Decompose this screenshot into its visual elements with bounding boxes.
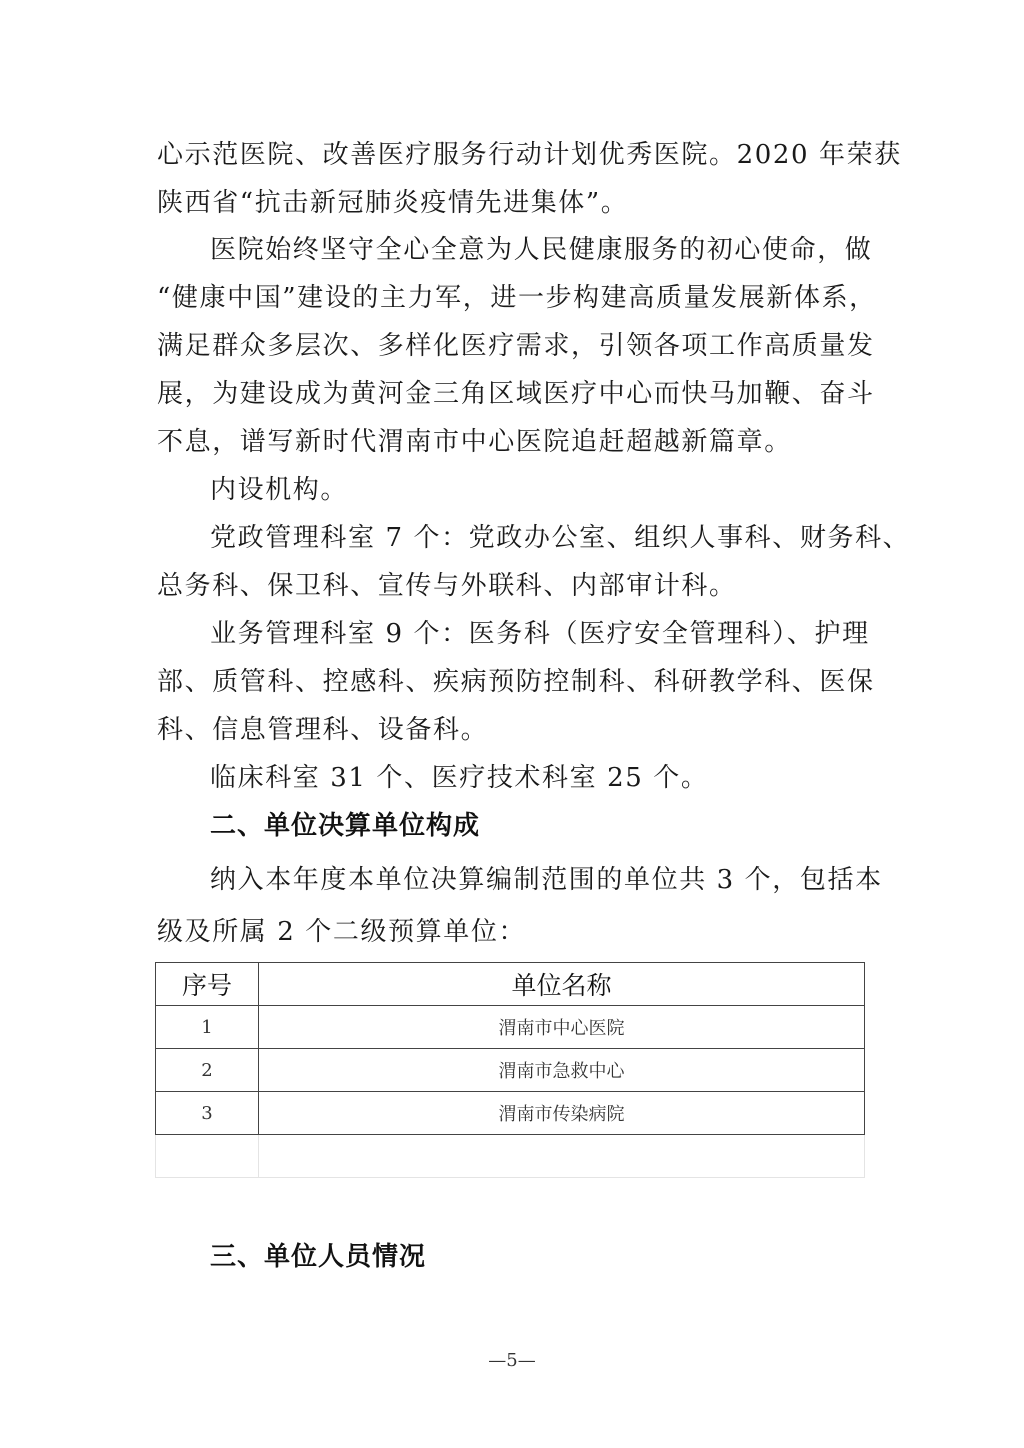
- paragraph-line: 纳入本年度本单位决算编制范围的单位共 3 个，包括本: [210, 863, 870, 897]
- cell-unit-name: 渭南市传染病院: [259, 1092, 865, 1135]
- section-heading: 二、单位决算单位构成: [210, 809, 480, 843]
- paragraph-line: 展，为建设成为黄河金三角区域医疗中心而快马加鞭、奋斗: [157, 377, 869, 411]
- table-row: 3 渭南市传染病院: [156, 1092, 865, 1135]
- paragraph-line: “健康中国”建设的主力军，进一步构建高质量发展新体系，: [157, 281, 869, 315]
- paragraph-line: 业务管理科室 9 个：医务科（医疗安全管理科）、护理: [210, 617, 870, 651]
- paragraph-line: 临床科室 31 个、医疗技术科室 25 个。: [210, 761, 870, 795]
- cell-empty: [259, 1135, 865, 1178]
- paragraph-line: 部、质管科、控感科、疾病预防控制科、科研教学科、医保: [157, 665, 869, 699]
- paragraph-line: 级及所属 2 个二级预算单位：: [157, 915, 869, 949]
- paragraph-line: 陕西省“抗击新冠肺炎疫情先进集体”。: [157, 186, 869, 220]
- document-page: 心示范医院、改善医疗服务行动计划优秀医院。2020 年荣获 陕西省“抗击新冠肺炎…: [0, 0, 1024, 1448]
- column-header-number: 序号: [156, 963, 259, 1006]
- cell-unit-name: 渭南市急救中心: [259, 1049, 865, 1092]
- cell-number: 1: [156, 1006, 259, 1049]
- paragraph-line: 不息，谱写新时代渭南市中心医院追赶超越新篇章。: [157, 425, 869, 459]
- paragraph-line: 医院始终坚守全心全意为人民健康服务的初心使命，做: [210, 233, 870, 267]
- cell-unit-name: 渭南市中心医院: [259, 1006, 865, 1049]
- table-header-row: 序号 单位名称: [156, 963, 865, 1006]
- paragraph-line: 党政管理科室 7 个：党政办公室、组织人事科、财务科、: [210, 521, 870, 555]
- paragraph-line: 内设机构。: [210, 473, 870, 507]
- table-row-empty: [156, 1135, 865, 1178]
- page-number: —5—: [0, 1350, 1024, 1371]
- section-heading: 三、单位人员情况: [210, 1240, 426, 1274]
- cell-number: 3: [156, 1092, 259, 1135]
- paragraph-line: 心示范医院、改善医疗服务行动计划优秀医院。2020 年荣获: [157, 138, 869, 172]
- cell-empty: [156, 1135, 259, 1178]
- column-header-unit-name: 单位名称: [259, 963, 865, 1006]
- table-row: 1 渭南市中心医院: [156, 1006, 865, 1049]
- paragraph-line: 总务科、保卫科、宣传与外联科、内部审计科。: [157, 569, 869, 603]
- cell-number: 2: [156, 1049, 259, 1092]
- units-table: 序号 单位名称 1 渭南市中心医院 2 渭南市急救中心 3 渭南市传染病院: [155, 962, 865, 1178]
- table-row: 2 渭南市急救中心: [156, 1049, 865, 1092]
- paragraph-line: 科、信息管理科、设备科。: [157, 713, 869, 747]
- paragraph-line: 满足群众多层次、多样化医疗需求，引领各项工作高质量发: [157, 329, 869, 363]
